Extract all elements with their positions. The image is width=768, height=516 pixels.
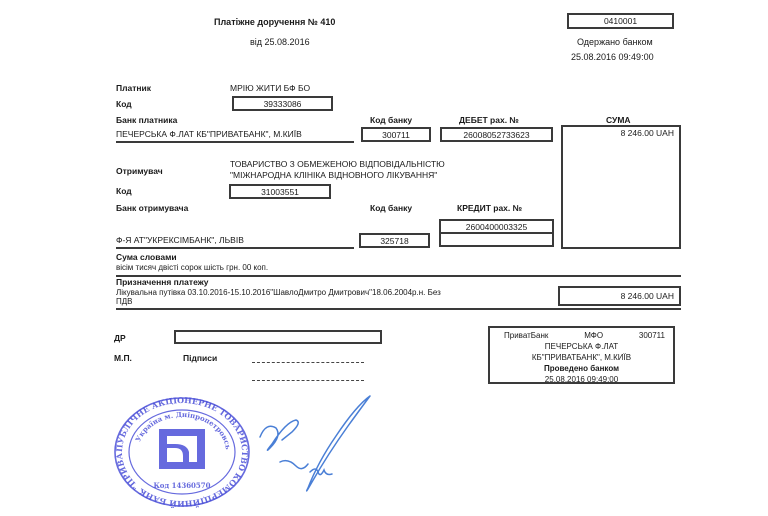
bank-stamp-mfo: 300711 (639, 330, 665, 341)
purpose-line2: ПДВ (116, 297, 133, 307)
recipient-code-label: Код (116, 186, 132, 196)
recipient-bank-label: Банк отримувача (116, 203, 188, 213)
payer-bank-underline (116, 141, 354, 143)
purpose-amount-box: 8 246.00 UAH (558, 286, 681, 306)
credit-account-extra-box (439, 232, 554, 247)
recipient-name-line1: ТОВАРИСТВО З ОБМЕЖЕНОЮ ВІДПОВІДАЛЬНІСТЮ (230, 159, 445, 169)
amount-words-value: вісім тисяч двісті сорок шість грн. 00 к… (116, 263, 268, 273)
recipient-bank-code-box: 325718 (359, 233, 430, 248)
debit-account-box: 26008052733623 (440, 127, 553, 142)
purpose-label: Призначення платежу (116, 277, 208, 287)
document-title: Платіжне доручення № 410 (214, 17, 335, 27)
seal-code-text: Код 14360570 (153, 481, 210, 490)
bank-stamp-processed-label: Проведено банком (490, 363, 673, 374)
bank-stamp-box: ПриватБанк МФО 300711 ПЕЧЕРСЬКА Ф.ЛАТ КБ… (488, 326, 675, 384)
payer-bank-name: ПЕЧЕРСЬКА Ф.ЛАТ КБ"ПРИВАТБАНК", М.КИЇВ (116, 129, 302, 139)
payer-bank-label: Банк платника (116, 115, 177, 125)
bank-stamp-mfo-label: МФО (584, 330, 603, 341)
recipient-code-box: 31003551 (229, 184, 331, 199)
credit-label: КРЕДИТ рах. № (457, 203, 522, 213)
received-datetime: 25.08.2016 09:49:00 (571, 52, 654, 62)
dr-label: ДР (114, 333, 126, 343)
document-code-box: 0410001 (567, 13, 674, 29)
recipient-name-line2: "МІЖНАРОДНА КЛІНІКА ВІДНОВНОГО ЛІКУВАННЯ… (230, 170, 437, 180)
signature-line-1 (252, 362, 364, 363)
signatures-label: Підписи (183, 353, 217, 363)
bank-seal-icon: ПУБЛІЧНЕ АКЦІОНЕРНЕ ТОВАРИСТВО КОМЕРЦІЙН… (113, 396, 251, 508)
recipient-bank-code-label: Код банку (370, 203, 412, 213)
bank-stamp-line2: ПЕЧЕРСЬКА Ф.ЛАТ (490, 341, 673, 352)
recipient-bank-name: Ф-Я АТ"УКРЕКСІМБАНК", ЛЬВІВ (116, 235, 244, 245)
recipient-bank-underline (116, 247, 354, 249)
received-label: Одержано банком (577, 37, 653, 47)
payer-code-label: Код (116, 99, 132, 109)
payer-bank-code-box: 300711 (361, 127, 431, 142)
recipient-label: Отримувач (116, 166, 163, 176)
debit-label: ДЕБЕТ рах. № (459, 115, 519, 125)
document-date: від 25.08.2016 (250, 37, 310, 47)
bank-stamp-line3: КБ"ПРИВАТБАНК", М.КИЇВ (490, 352, 673, 363)
handwritten-signature-icon (252, 392, 382, 502)
amount-value: 8 246.00 UAH (621, 128, 674, 138)
payer-bank-code-label: Код банку (370, 115, 412, 125)
purpose-divider (116, 308, 681, 310)
bank-stamp-processed-datetime: 25.08.2016 09:49:00 (490, 374, 673, 385)
signature-line-2 (252, 380, 364, 381)
bank-stamp-header: ПриватБанк МФО 300711 (490, 330, 673, 341)
payer-name: МРІЮ ЖИТИ БФ БО (230, 83, 310, 93)
purpose-amount-value: 8 246.00 UAH (621, 291, 674, 301)
mp-label: М.П. (114, 353, 132, 363)
purpose-line1: Лікувальна путівка 03.10.2016-15.10.2016… (116, 288, 441, 298)
dr-field (174, 330, 382, 344)
amount-words-label: Сума словами (116, 252, 177, 262)
amount-label: СУМА (606, 115, 631, 125)
payer-label: Платник (116, 83, 151, 93)
amount-box: 8 246.00 UAH (561, 125, 681, 249)
bank-stamp-bank: ПриватБанк (504, 330, 548, 341)
payer-code-box: 39333086 (232, 96, 333, 111)
